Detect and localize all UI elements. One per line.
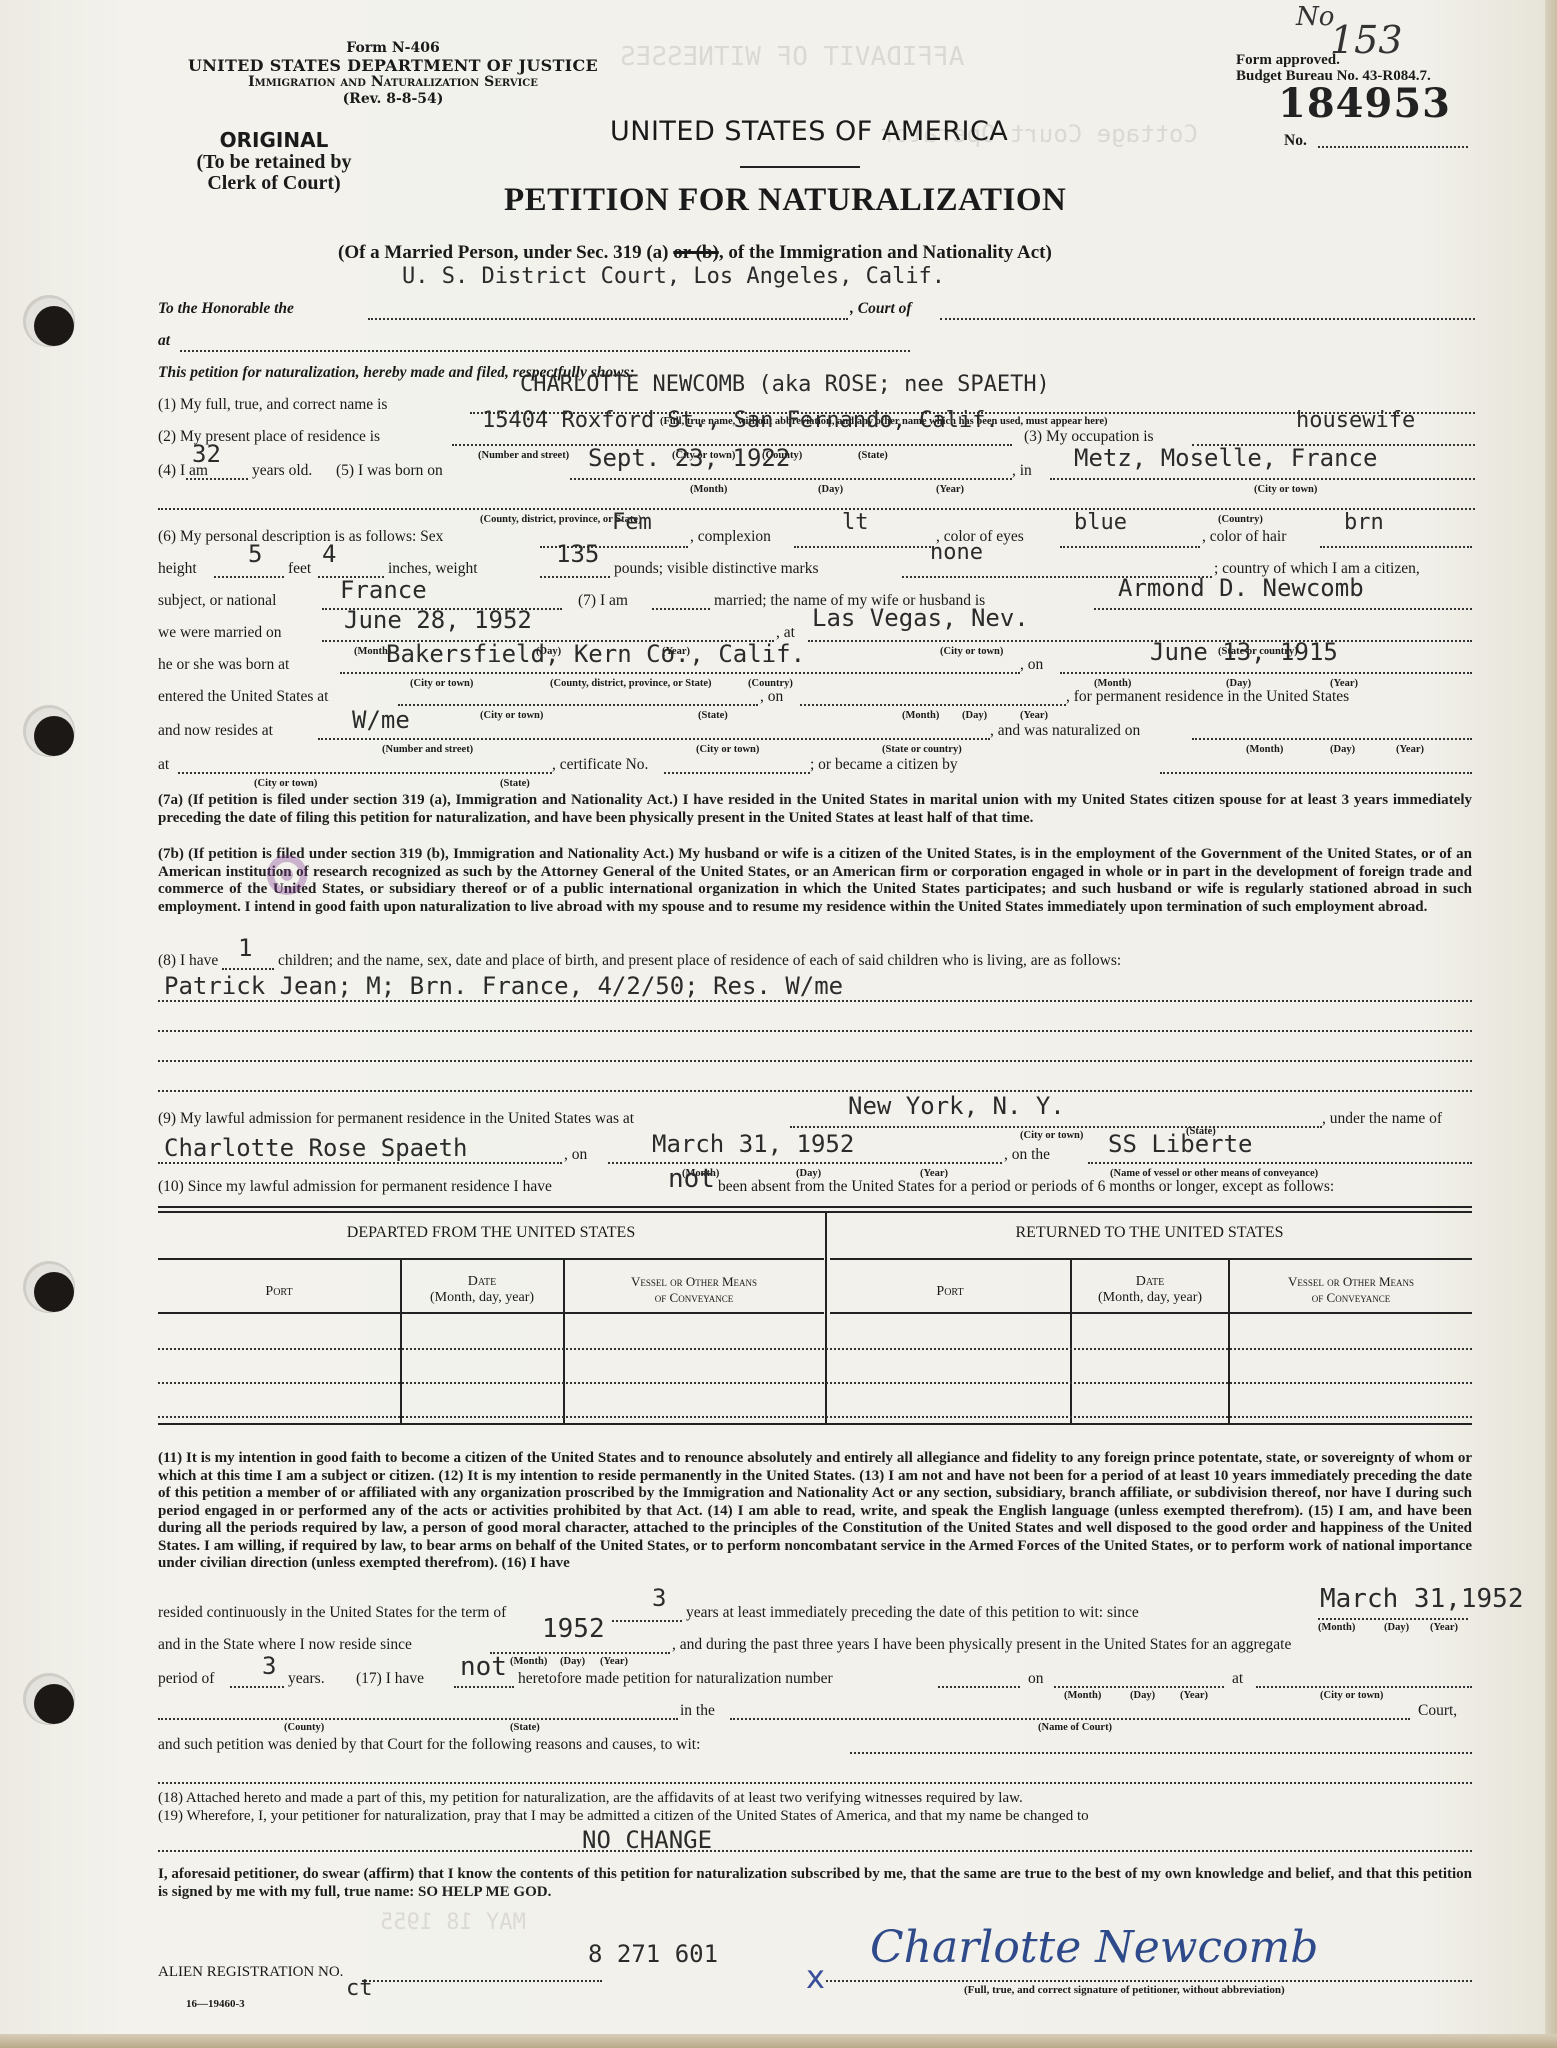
denied-reasons-field[interactable] <box>158 1782 1472 1784</box>
table-border <box>830 1258 1472 1260</box>
child-line[interactable] <box>158 1060 1472 1062</box>
stamped-number: 184953 <box>1278 80 1451 127</box>
court-of-field[interactable] <box>940 318 1475 320</box>
column-header-vessel: Vessel or Other Means of Conveyance <box>565 1274 823 1306</box>
term-years-value: 3 <box>652 1584 666 1612</box>
punch-hole <box>34 1684 74 1724</box>
caption: (City or town) <box>1320 1690 1383 1701</box>
married-place-field[interactable] <box>808 640 1472 642</box>
table-border <box>158 1206 1472 1208</box>
caption: (Day) <box>1330 744 1355 755</box>
date-header: Date <box>402 1274 562 1290</box>
caption: (Month) <box>510 1656 547 1667</box>
vessel-value: SS Liberte <box>1108 1130 1253 1158</box>
weight-value: 135 <box>556 540 599 568</box>
caption: (Day) <box>962 710 987 721</box>
feet-label: feet <box>288 560 311 578</box>
form-code: 16—19460-3 <box>186 1998 245 2010</box>
county-state-field[interactable] <box>158 1718 678 1720</box>
in-label: , in <box>1012 462 1032 480</box>
caption: (State or country) <box>882 744 962 755</box>
under-name-label: , under the name of <box>1322 1110 1442 1128</box>
married-date-value: June 28, 1952 <box>344 606 532 634</box>
petition-place-field[interactable] <box>1256 1686 1472 1688</box>
vessel-subheader: of Conveyance <box>1230 1290 1472 1306</box>
table-border <box>158 1258 824 1260</box>
married-place-value: Las Vegas, Nev. <box>812 604 1029 632</box>
children-count-value: 1 <box>238 934 252 962</box>
vessel-header: Vessel or Other Means <box>1230 1274 1472 1290</box>
in-the-label: in the <box>680 1702 715 1720</box>
punch-hole <box>34 306 74 346</box>
birth-region-field[interactable] <box>158 508 1475 510</box>
document-title: PETITION FOR NATURALIZATION <box>504 182 1066 219</box>
column-header-date: Date (Month, day, year) <box>402 1274 562 1306</box>
since-date-value: March 31,1952 <box>1320 1584 1524 1614</box>
naturalized-label: , and was naturalized on <box>990 722 1140 740</box>
caption: (City or town) <box>410 678 473 689</box>
country-heading: UNITED STATES OF AMERICA <box>610 116 1008 147</box>
caption: (Day) <box>818 484 843 495</box>
since-date-field[interactable] <box>1318 1618 1468 1620</box>
table-divider <box>825 1213 827 1423</box>
naturalized-place-field[interactable] <box>178 772 552 774</box>
vessel-header: Vessel or Other Means <box>565 1274 823 1290</box>
p17-post: heretofore made petition for naturalizat… <box>518 1670 833 1688</box>
spouse-birth-date-field[interactable] <box>1060 672 1472 674</box>
absence-label: (10) Since my lawful admission for perma… <box>158 1178 552 1196</box>
age-field[interactable] <box>186 478 248 480</box>
children-label: (8) I have <box>158 952 218 969</box>
column-header-port: Port <box>830 1284 1070 1300</box>
term-years-field[interactable] <box>612 1620 682 1622</box>
admission-place-value: New York, N. Y. <box>848 1092 1065 1120</box>
caption: (City or town) <box>254 778 317 789</box>
caption: (City or town) <box>940 646 1003 657</box>
spouse-birthplace-value: Bakersfield, Kern Co., Calif. <box>386 640 805 668</box>
certificate-field[interactable] <box>664 772 810 774</box>
entered-date-field[interactable] <box>800 704 1066 706</box>
petition-number-field[interactable] <box>938 1686 1020 1688</box>
service: Immigration and Naturalization Service <box>158 74 628 91</box>
birth-date-value: Sept. 23, 1922 <box>588 444 790 472</box>
caption: (Month) <box>902 710 939 721</box>
caption: (Day) <box>1130 1690 1155 1701</box>
table-border <box>158 1312 824 1314</box>
paragraph-18: (18) Attached hereto and made a part of … <box>158 1790 1023 1807</box>
on-the-label: , on the <box>1004 1146 1050 1164</box>
caption: (City or town) <box>1254 484 1317 495</box>
column-header-vessel: Vessel or Other Means of Conveyance <box>1230 1274 1472 1306</box>
caption: (County, district, province, or State) <box>550 678 711 689</box>
petitioner-signature: Charlotte Newcomb <box>870 1922 1318 1973</box>
paragraph-7a: (7a) (If petition is filed under section… <box>158 792 1472 827</box>
subtitle: (Of a Married Person, under Sec. 319 (a)… <box>338 242 1052 264</box>
court-name-field[interactable] <box>368 318 848 320</box>
child-line[interactable] <box>158 1000 1472 1002</box>
children-line: (8) I have <box>158 952 218 970</box>
clerk-initials: ct <box>346 1976 373 2001</box>
birth-date-field[interactable] <box>570 478 1012 480</box>
caption: (Year) <box>1180 1690 1208 1701</box>
complexion-label: , complexion <box>690 528 771 546</box>
paragraph-11-16: (11) It is my intention in good faith to… <box>158 1450 1472 1573</box>
spouse-field[interactable] <box>1094 608 1472 610</box>
at-label: at <box>158 332 170 350</box>
sex-value: Fem <box>612 510 652 535</box>
naturalized-date-field[interactable] <box>1192 738 1472 740</box>
caption: (Year) <box>936 484 964 495</box>
denied-label: and such petition was denied by that Cou… <box>158 1736 700 1754</box>
entered-label: entered the United States at <box>158 688 328 706</box>
caption: (State) <box>698 710 728 721</box>
became-label: ; or became a citizen by <box>810 756 958 774</box>
page-edge <box>1545 0 1557 2048</box>
caption: (County) <box>284 1722 324 1733</box>
q5-label: (5) I was born on <box>336 462 443 480</box>
resides-label: and now resides at <box>158 722 273 740</box>
p17-value: not <box>460 1652 507 1682</box>
caption: (State) <box>858 450 888 461</box>
on-label: , on <box>564 1146 587 1164</box>
original-label: ORIGINAL <box>168 128 380 152</box>
column-header-date: Date (Month, day, year) <box>1072 1274 1228 1306</box>
admission-label: (9) My lawful admission for permanent re… <box>158 1110 634 1128</box>
to-honorable-label: To the Honorable the <box>158 300 294 318</box>
subtitle-post: , of the Immigration and Nationality Act… <box>719 242 1052 263</box>
marks-value: none <box>930 540 983 565</box>
caption: (Month) <box>1318 1622 1355 1633</box>
complexion-field[interactable] <box>794 546 934 548</box>
department: UNITED STATES DEPARTMENT OF JUSTICE <box>158 57 628 74</box>
eyes-value: blue <box>1074 510 1127 535</box>
caption: (City or town) <box>696 744 759 755</box>
child-line[interactable] <box>158 1030 1472 1032</box>
caption: (Full, true, and correct signature of pe… <box>964 1984 1285 1996</box>
p16-label: resided continuously in the United State… <box>158 1604 506 1622</box>
state-since-value: 1952 <box>542 1614 605 1644</box>
table-row[interactable] <box>158 1416 1472 1418</box>
complexion-value: lt <box>842 510 869 535</box>
state-since-label: and in the State where I now reside sinc… <box>158 1636 412 1654</box>
petition-date-field[interactable] <box>1054 1686 1224 1688</box>
original-notice: ORIGINAL (To be retained by Clerk of Cou… <box>168 128 380 194</box>
q6-label: (6) My personal description is as follow… <box>158 528 443 546</box>
period-years-value: 3 <box>262 1652 276 1680</box>
absence-label-post: been absent from the United States for a… <box>718 1178 1334 1196</box>
caption: (Year) <box>1020 710 1048 721</box>
birth-place-field[interactable] <box>1050 478 1475 480</box>
hair-label: , color of hair <box>1202 528 1286 546</box>
caption: (Day) <box>560 1656 585 1667</box>
height-feet-field[interactable] <box>214 576 284 578</box>
admission-name-field[interactable] <box>158 1162 562 1164</box>
table-row[interactable] <box>158 1348 1472 1350</box>
alien-registration-value: 8 271 601 <box>588 1940 718 1968</box>
certificate-label: , certificate No. <box>552 756 648 774</box>
admission-name-value: Charlotte Rose Spaeth <box>164 1134 467 1162</box>
paragraph-7b: (7b) (If petition is filed under section… <box>158 846 1472 916</box>
divider <box>740 166 860 168</box>
at-label: at <box>1232 1670 1243 1688</box>
form-number: Form N-406 <box>158 40 628 57</box>
child-entry: Patrick Jean; M; Brn. France, 4/2/50; Re… <box>164 972 843 1000</box>
q7-label: (7) I am <box>578 592 628 610</box>
bleed-through-text: MAY 18 1955 <box>380 1910 526 1935</box>
state-since-field[interactable] <box>490 1652 670 1654</box>
married-on-label: we were married on <box>158 624 282 642</box>
table-border <box>158 1423 1472 1425</box>
caption: (City or town) <box>480 710 543 721</box>
p17-label: (17) I have <box>356 1670 424 1688</box>
spouse-born-label: he or she was born at <box>158 656 289 674</box>
spouse-value: Armond D. Newcomb <box>1118 574 1364 602</box>
signature-mark: x <box>806 1958 825 1996</box>
table-border <box>830 1312 1472 1314</box>
returned-header: RETURNED TO THE UNITED STATES <box>827 1224 1472 1242</box>
height-label: height <box>158 560 197 578</box>
birth-place-value: Metz, Moselle, France <box>1074 444 1377 472</box>
caption: (Year) <box>1396 744 1424 755</box>
page-bottom-edge <box>0 2034 1557 2048</box>
name-change-field[interactable] <box>158 1850 1472 1852</box>
form-header: Form N-406 UNITED STATES DEPARTMENT OF J… <box>158 40 628 108</box>
absence-value: not <box>668 1164 715 1194</box>
date-subheader: (Month, day, year) <box>402 1290 562 1306</box>
denied-reasons-field[interactable] <box>850 1752 1472 1754</box>
occupation-value: housewife <box>1296 408 1415 433</box>
subject-label: subject, or national <box>158 592 276 610</box>
pounds-label: pounds; visible distinctive marks <box>614 560 819 578</box>
original-note: (To be retained by <box>168 152 380 173</box>
on-label: , on <box>1020 656 1043 674</box>
purple-stamp: ⊙ <box>255 833 319 915</box>
admission-date-value: March 31, 1952 <box>652 1130 854 1158</box>
caption: (Number and street) <box>478 450 569 461</box>
spouse-residence-value: W/me <box>352 706 410 734</box>
caption: (Year) <box>1430 1622 1458 1633</box>
corner-mark: No <box>1296 2 1334 32</box>
became-citizen-field[interactable] <box>1160 772 1472 774</box>
caption: (Day) <box>1384 1622 1409 1633</box>
height-feet-value: 5 <box>248 540 262 568</box>
table-border <box>158 1211 1472 1213</box>
caption: (Country) <box>1218 514 1263 525</box>
court-name-field[interactable] <box>730 1718 1410 1720</box>
typed-court: U. S. District Court, Los Angeles, Calif… <box>402 264 945 289</box>
vessel-subheader: of Conveyance <box>565 1290 823 1306</box>
original-note: Clerk of Court) <box>168 173 380 194</box>
children-label-post: children; and the name, sex, date and pl… <box>278 952 1121 970</box>
years-old-label: years old. <box>252 462 312 480</box>
alien-registration-field[interactable] <box>362 1980 602 1982</box>
bleed-through-text: AFFIDAVIT OF WITNESSES <box>620 42 964 72</box>
caption: (State) <box>500 778 530 789</box>
caption: (Year) <box>600 1656 628 1667</box>
child-line[interactable] <box>158 1090 1472 1092</box>
caption: (Number and street) <box>382 744 473 755</box>
punch-hole <box>34 1272 74 1312</box>
alien-registration-label: ALIEN REGISTRATION NO. <box>158 1964 343 1981</box>
nationality-value: France <box>340 576 427 604</box>
p17-field[interactable] <box>454 1686 514 1688</box>
handwritten-number: 153 <box>1330 18 1403 62</box>
years-label: years. <box>288 1670 325 1688</box>
date-subheader: (Month, day, year) <box>1072 1290 1228 1306</box>
eyes-field[interactable] <box>1060 546 1200 548</box>
residence-value: 15404 Roxford St., San Fernando, Calif. <box>482 408 999 433</box>
spouse-birth-date-value: June 13, 1915 <box>1150 638 1338 666</box>
oath-paragraph: I, aforesaid petitioner, do swear (affir… <box>158 1866 1472 1901</box>
on-label: , on <box>760 688 783 706</box>
number-field[interactable] <box>1318 146 1468 148</box>
court-of-label: , Court of <box>850 300 912 318</box>
age-value: 32 <box>192 440 221 468</box>
spouse-birthplace-field[interactable] <box>340 672 1020 674</box>
punch-hole <box>34 716 74 756</box>
at-label: at <box>158 756 169 774</box>
struck-text: or (b) <box>673 242 719 263</box>
revision: (Rev. 8-8-54) <box>158 91 628 108</box>
no-label: No. <box>1284 132 1307 150</box>
caption: (Month) <box>690 484 727 495</box>
entered-place-field[interactable] <box>398 704 758 706</box>
departed-header: DEPARTED FROM THE UNITED STATES <box>158 1224 824 1242</box>
marital-field[interactable] <box>652 608 710 610</box>
subtitle-pre: (Of a Married Person, under Sec. 319 (a) <box>338 242 669 263</box>
column-header-port: Port <box>158 1284 400 1300</box>
signature-field[interactable] <box>826 1980 1472 1982</box>
q1-label: (1) My full, true, and correct name is <box>158 396 387 414</box>
on-label: on <box>1028 1670 1044 1688</box>
caption: (Month) <box>1246 744 1283 755</box>
hair-value: brn <box>1344 510 1384 535</box>
admission-place-field[interactable] <box>790 1126 1322 1128</box>
court-at-field[interactable] <box>180 350 910 352</box>
paragraph-19: (19) Wherefore, I, your petitioner for n… <box>158 1808 1089 1825</box>
permanent-label: , for permanent residence in the United … <box>1066 688 1349 706</box>
period-years-field[interactable] <box>230 1686 284 1688</box>
date-header: Date <box>1072 1274 1228 1290</box>
full-name-value: CHARLOTTE NEWCOMB (aka ROSE; nee SPAETH) <box>520 372 1050 397</box>
p16-mid: years at least immediately preceding the… <box>686 1604 1139 1622</box>
hair-field[interactable] <box>1320 546 1472 548</box>
caption: (Month) <box>1064 1690 1101 1701</box>
period-label: period of <box>158 1670 214 1688</box>
table-row[interactable] <box>158 1382 1472 1384</box>
caption: (City or town) <box>1020 1130 1083 1141</box>
children-count-field[interactable] <box>222 968 274 970</box>
state-since-post: , and during the past three years I have… <box>672 1636 1291 1654</box>
vessel-field[interactable] <box>1088 1162 1472 1164</box>
height-inches-value: 4 <box>322 540 336 568</box>
caption: (State) <box>510 1722 540 1733</box>
caption: (Name of Court) <box>1038 1722 1112 1733</box>
weight-field[interactable] <box>540 576 610 578</box>
spouse-residence-field[interactable] <box>318 738 990 740</box>
court-label: Court, <box>1418 1702 1457 1720</box>
